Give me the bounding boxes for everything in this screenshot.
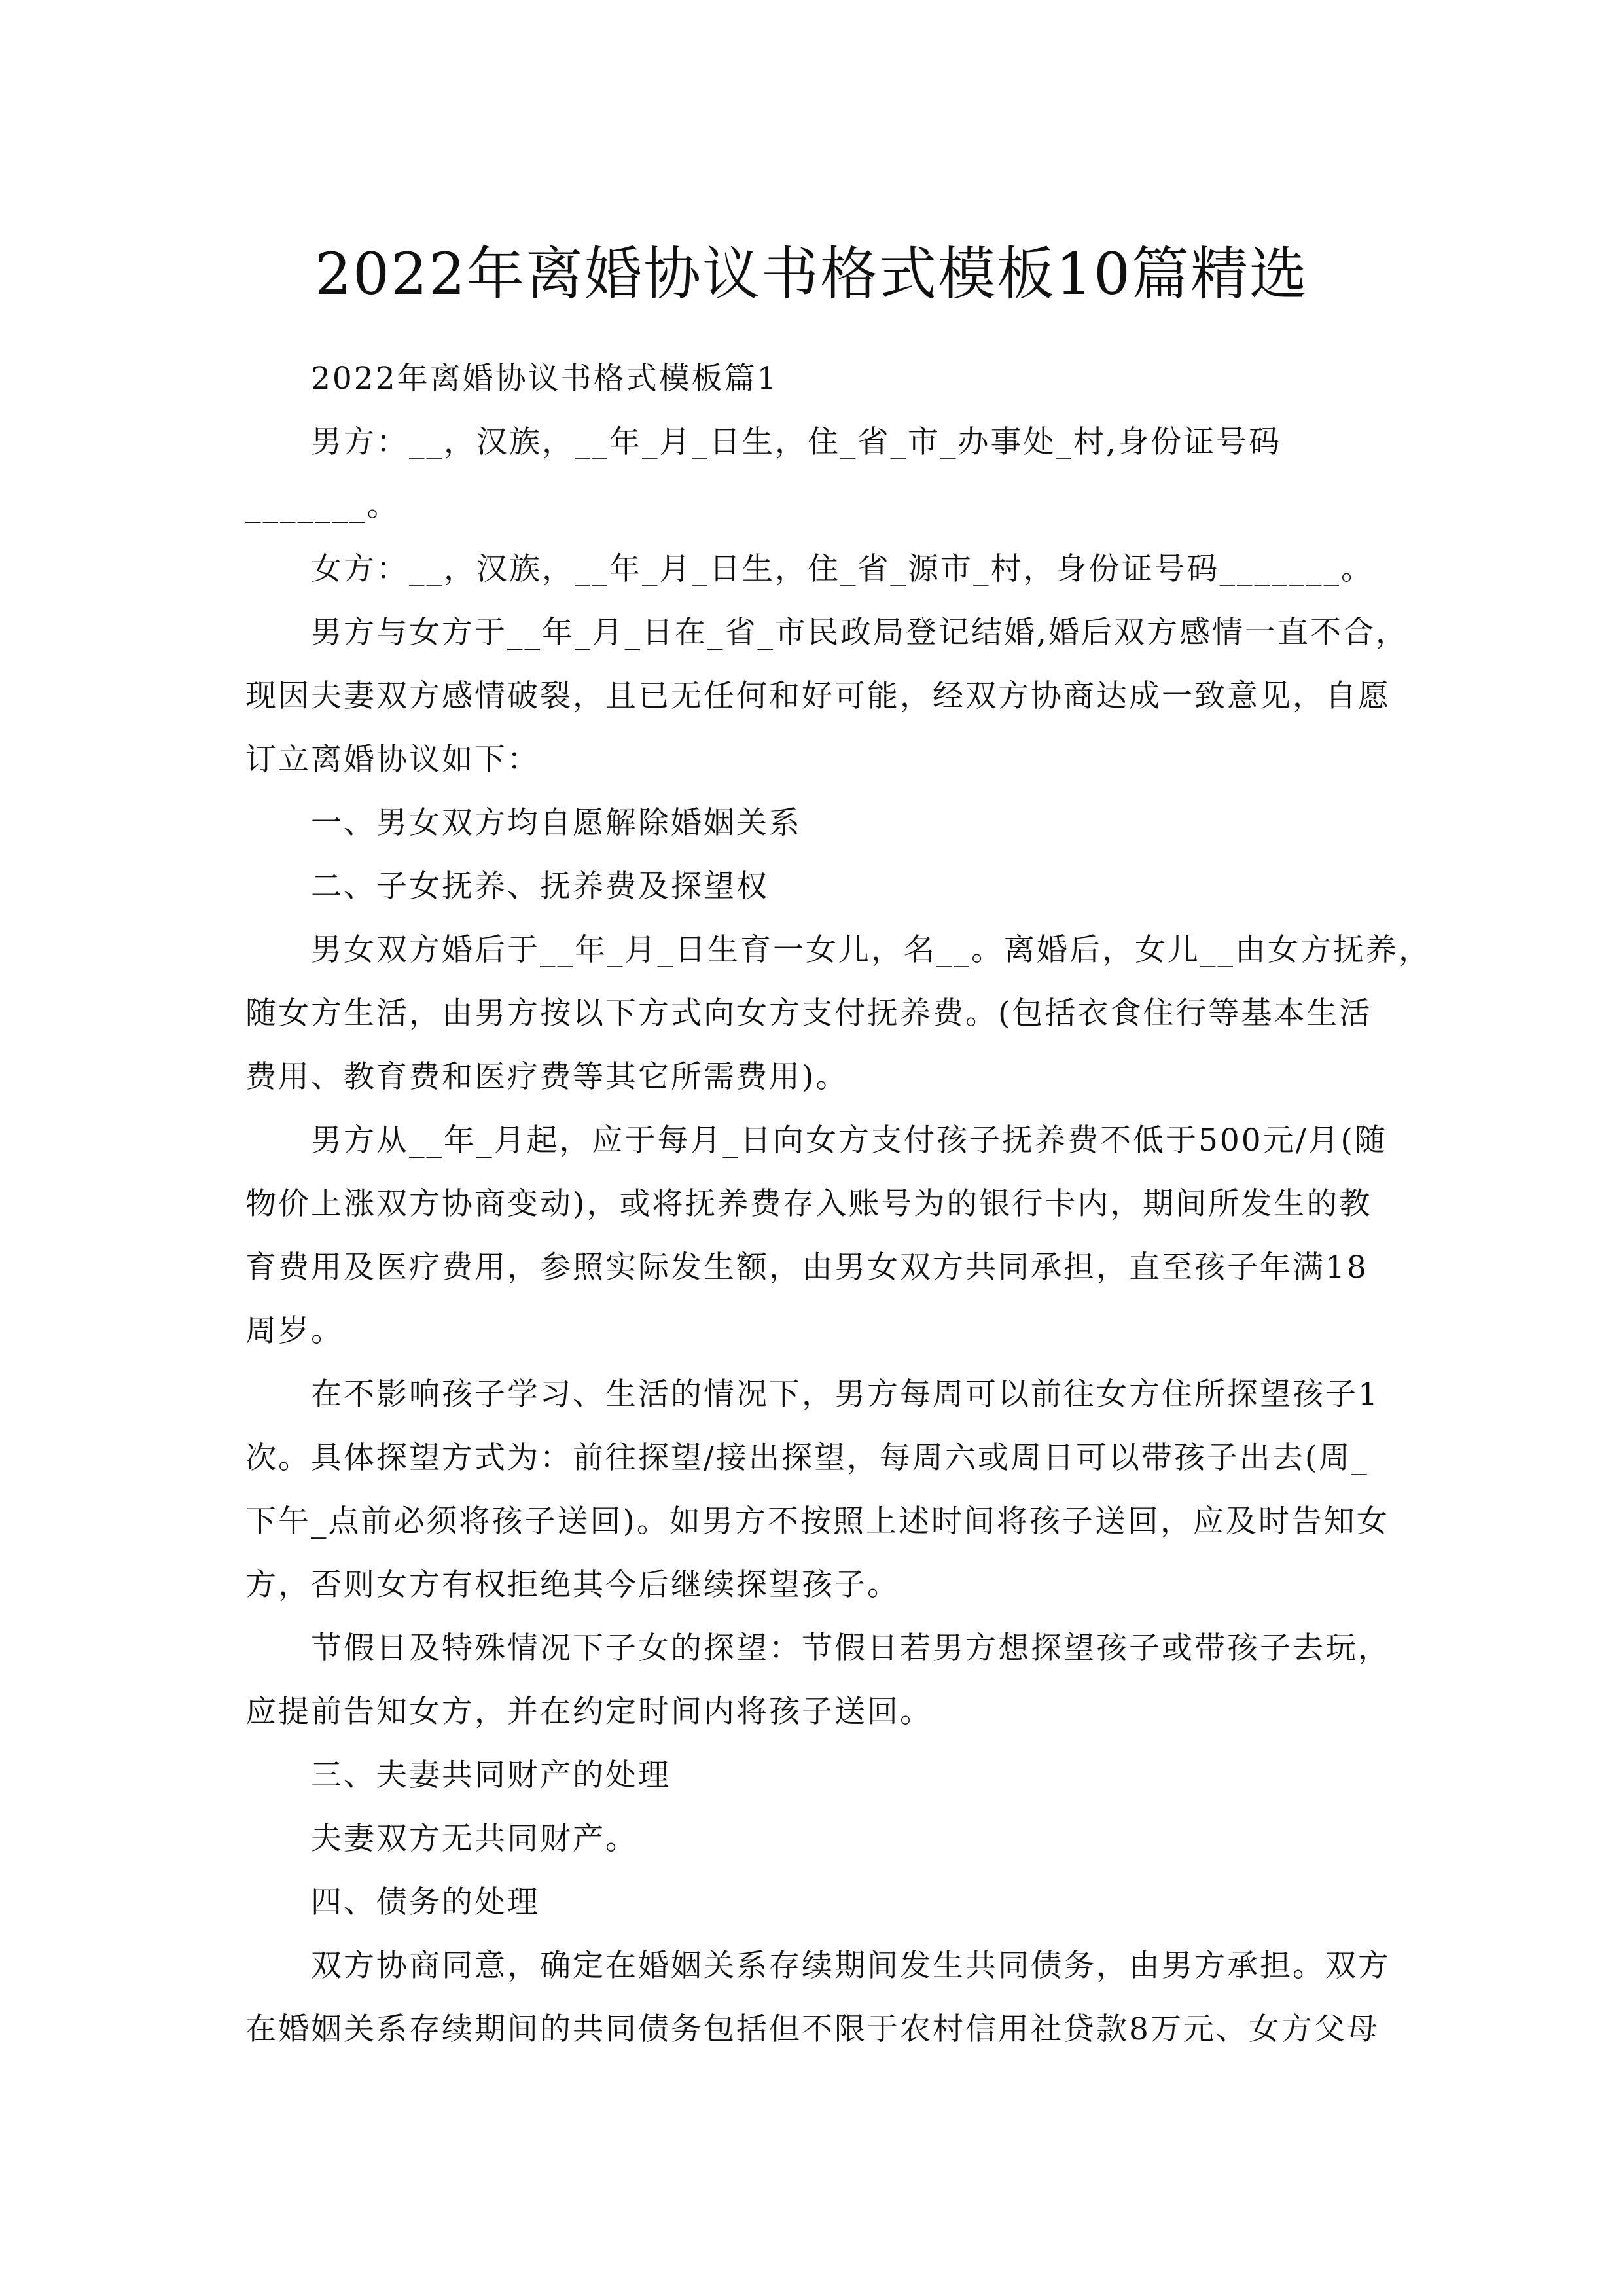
text-line: 节假日及特殊情况下子女的探望：节假日若男方想探望孩子或带孩子去玩， — [245, 1617, 1378, 1680]
text-line: 男方与女方于__年_月_日在_省_市民政局登记结婚,婚后双方感情一直不合， — [245, 601, 1378, 664]
text-line: 女方：__，汉族，__年_月_日生，住_省_源市_村，身份证号码_______。 — [245, 537, 1378, 601]
text-line: 下午_点前必须将孩子送回)。如男方不按照上述时间将孩子送回，应及时告知女 — [245, 1490, 1378, 1553]
document-page: 2022年离婚协议书格式模板10篇精选 2022年离婚协议书格式模板篇1男方：_… — [0, 0, 1623, 2296]
text-line: 男方从__年_月起，应于每月_日向女方支付孩子抚养费不低于500元/月(随 — [245, 1109, 1378, 1172]
document-body: 2022年离婚协议书格式模板篇1男方：__，汉族，__年_月_日生，住_省_市_… — [245, 347, 1378, 2061]
clause-heading: 四、债务的处理 — [245, 1871, 1378, 1934]
text-line: 订立离婚协议如下： — [245, 728, 1378, 791]
text-line: 育费用及医疗费用，参照实际发生额，由男女双方共同承担，直至孩子年满18 — [245, 1236, 1378, 1299]
text-line: 应提前告知女方，并在约定时间内将孩子送回。 — [245, 1680, 1378, 1744]
text-line: 现因夫妻双方感情破裂，且已无任何和好可能，经双方协商达成一致意见，自愿 — [245, 664, 1378, 728]
text-line: 在婚姻关系存续期间的共同债务包括但不限于农村信用社贷款8万元、女方父母 — [245, 1998, 1378, 2061]
text-line: 男方：__，汉族，__年_月_日生，住_省_市_办事处_村,身份证号码 — [245, 410, 1378, 474]
text-line: 夫妻双方无共同财产。 — [245, 1807, 1378, 1871]
text-line: 周岁。 — [245, 1299, 1378, 1363]
clause-heading: 三、夫妻共同财产的处理 — [245, 1744, 1378, 1807]
section-heading: 2022年离婚协议书格式模板篇1 — [245, 347, 1378, 410]
text-line: 男女双方婚后于__年_月_日生育一女儿，名__。离婚后，女儿__由女方抚养， — [245, 918, 1378, 982]
text-line: 随女方生活，由男方按以下方式向女方支付抚养费。(包括衣食住行等基本生活 — [245, 982, 1378, 1045]
text-line: 方，否则女方有权拒绝其今后继续探望孩子。 — [245, 1553, 1378, 1617]
document-title: 2022年离婚协议书格式模板10篇精选 — [0, 235, 1623, 314]
clause-heading: 一、男女双方均自愿解除婚姻关系 — [245, 791, 1378, 855]
text-line: 费用、教育费和医疗费等其它所需费用)。 — [245, 1045, 1378, 1109]
text-line: 在不影响孩子学习、生活的情况下，男方每周可以前往女方住所探望孩子1 — [245, 1363, 1378, 1426]
text-line: 双方协商同意，确定在婚姻关系存续期间发生共同债务，由男方承担。双方 — [245, 1934, 1378, 1998]
text-line: 次。具体探望方式为：前往探望/接出探望，每周六或周日可以带孩子出去(周_ — [245, 1426, 1378, 1490]
clause-heading: 二、子女抚养、抚养费及探望权 — [245, 855, 1378, 918]
text-line: _______。 — [245, 474, 1378, 537]
text-line: 物价上涨双方协商变动)，或将抚养费存入账号为的银行卡内，期间所发生的教 — [245, 1172, 1378, 1236]
